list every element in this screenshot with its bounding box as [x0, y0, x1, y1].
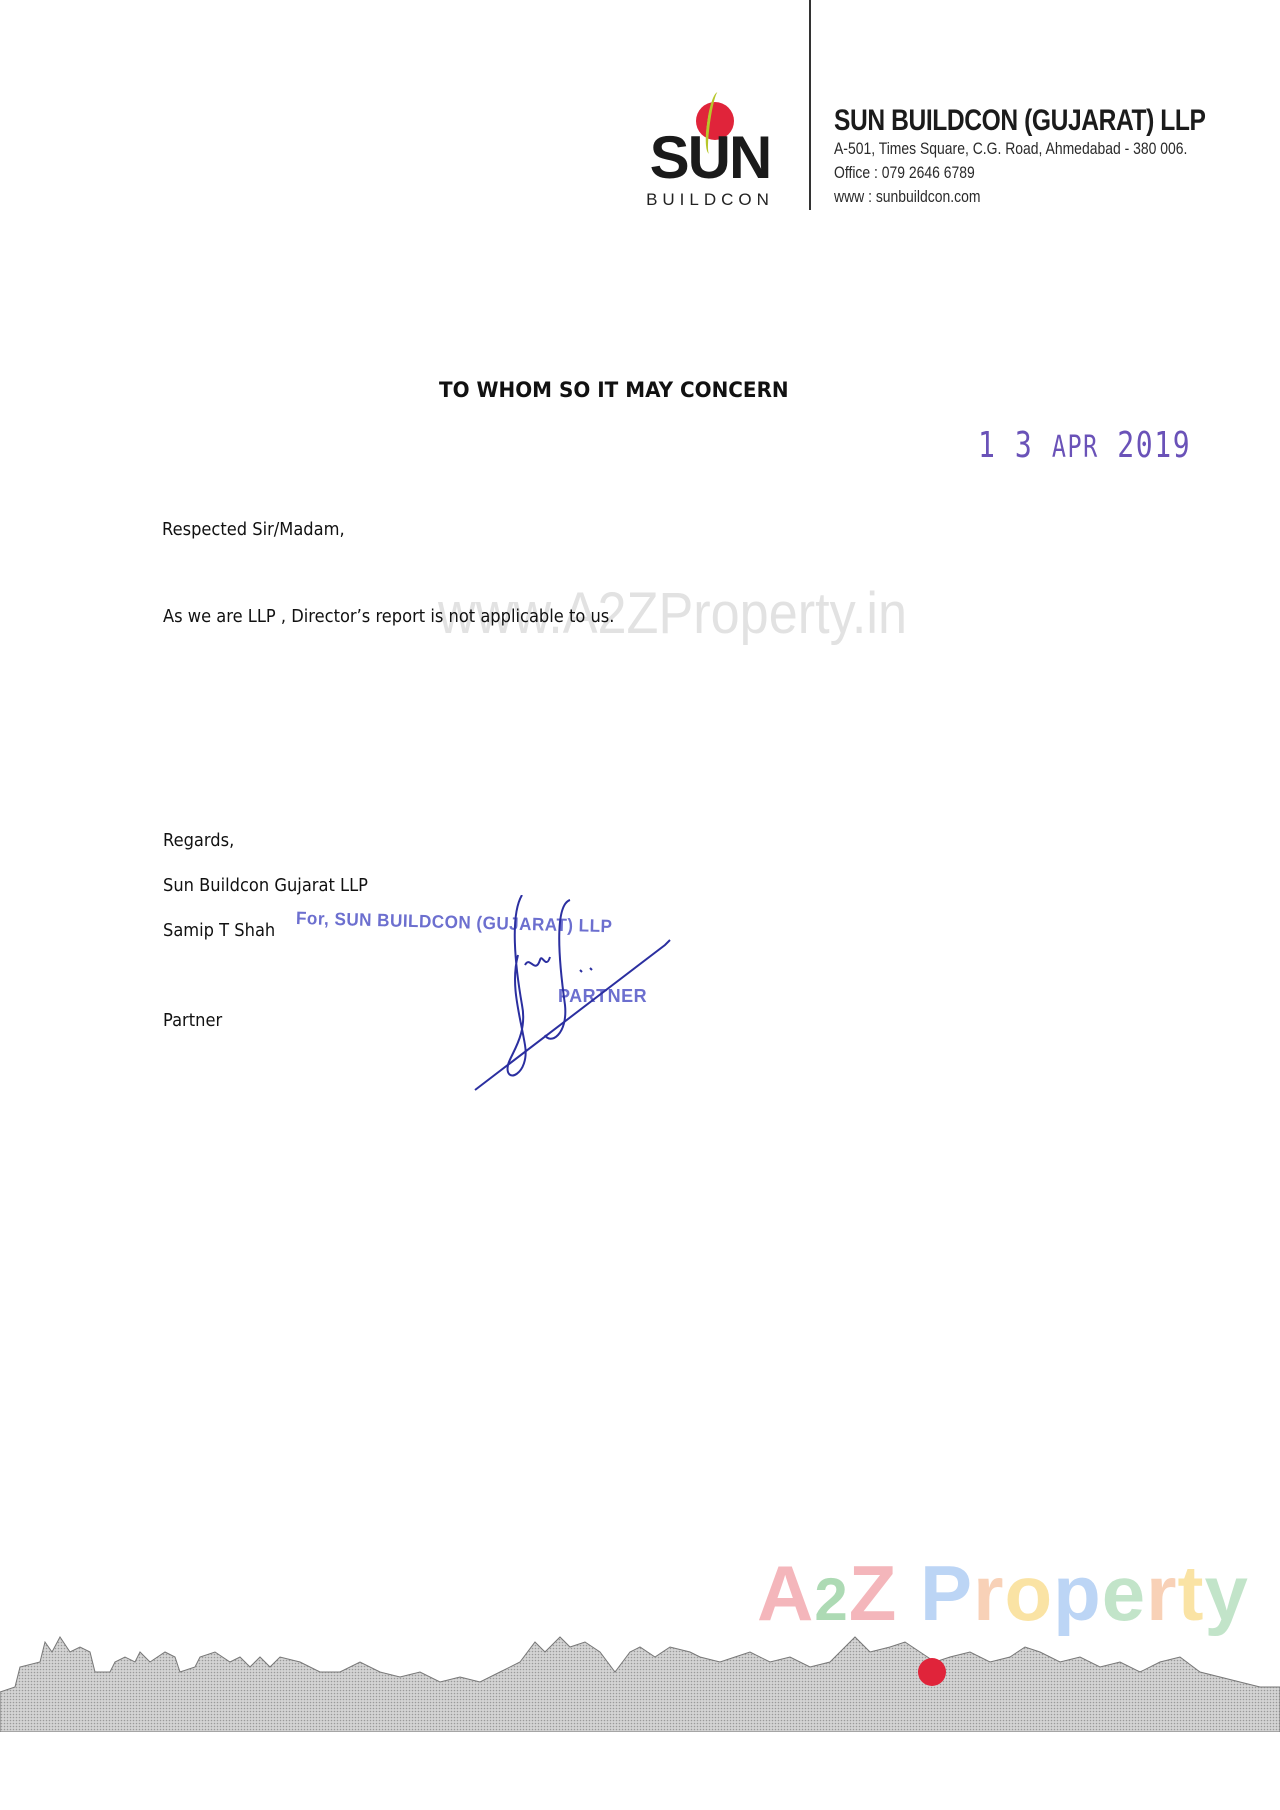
brand-letter: t	[1178, 1549, 1205, 1637]
letterhead-divider	[809, 0, 811, 210]
date-day: 1 3	[978, 425, 1033, 466]
company-name: SUN BUILDCON (GUJARAT) LLP	[834, 104, 1206, 137]
brand-letter: 2	[814, 1566, 848, 1633]
letter-body: As we are LLP , Director’s report is not…	[163, 607, 614, 627]
company-website: www : sunbuildcon.com	[834, 185, 1206, 209]
company-address: A-501, Times Square, C.G. Road, Ahmedaba…	[834, 137, 1206, 161]
logo-word: SUN	[640, 128, 780, 188]
city-skyline-illustration	[0, 1632, 1280, 1732]
brand-letter: r	[973, 1549, 1004, 1637]
brand-letter: p	[1053, 1549, 1102, 1637]
closing: Regards,	[163, 831, 234, 851]
brand-letter: Z	[849, 1549, 898, 1637]
letter-heading: TO WHOM SO IT MAY CONCERN	[439, 378, 789, 402]
sun-icon	[918, 1658, 946, 1686]
brand-letter: r	[1146, 1549, 1177, 1637]
sun-buildcon-logo: SUN BUILDCON	[640, 88, 780, 213]
signatory-designation: Partner	[163, 1011, 222, 1031]
company-phone: Office : 079 2646 6789	[834, 161, 1206, 185]
signature	[470, 895, 680, 1095]
signatory-name: Samip T Shah	[163, 921, 275, 941]
signatory-company: Sun Buildcon Gujarat LLP	[163, 876, 368, 896]
company-info: SUN BUILDCON (GUJARAT) LLP A-501, Times …	[834, 104, 1280, 209]
brand-letter: A	[757, 1549, 814, 1637]
date-stamp: 1 3 APR 2019	[978, 425, 1191, 466]
brand-letter: e	[1102, 1549, 1146, 1637]
brand-letter: y	[1204, 1549, 1248, 1637]
brand-letter: P	[920, 1549, 973, 1637]
date-month: APR	[1052, 430, 1099, 465]
a2z-property-watermark: A2Z Property	[757, 1548, 1249, 1639]
logo-subtitle: BUILDCON	[640, 190, 780, 210]
salutation: Respected Sir/Madam,	[162, 520, 345, 540]
brand-letter: o	[1004, 1549, 1053, 1637]
date-year: 2019	[1117, 425, 1191, 466]
